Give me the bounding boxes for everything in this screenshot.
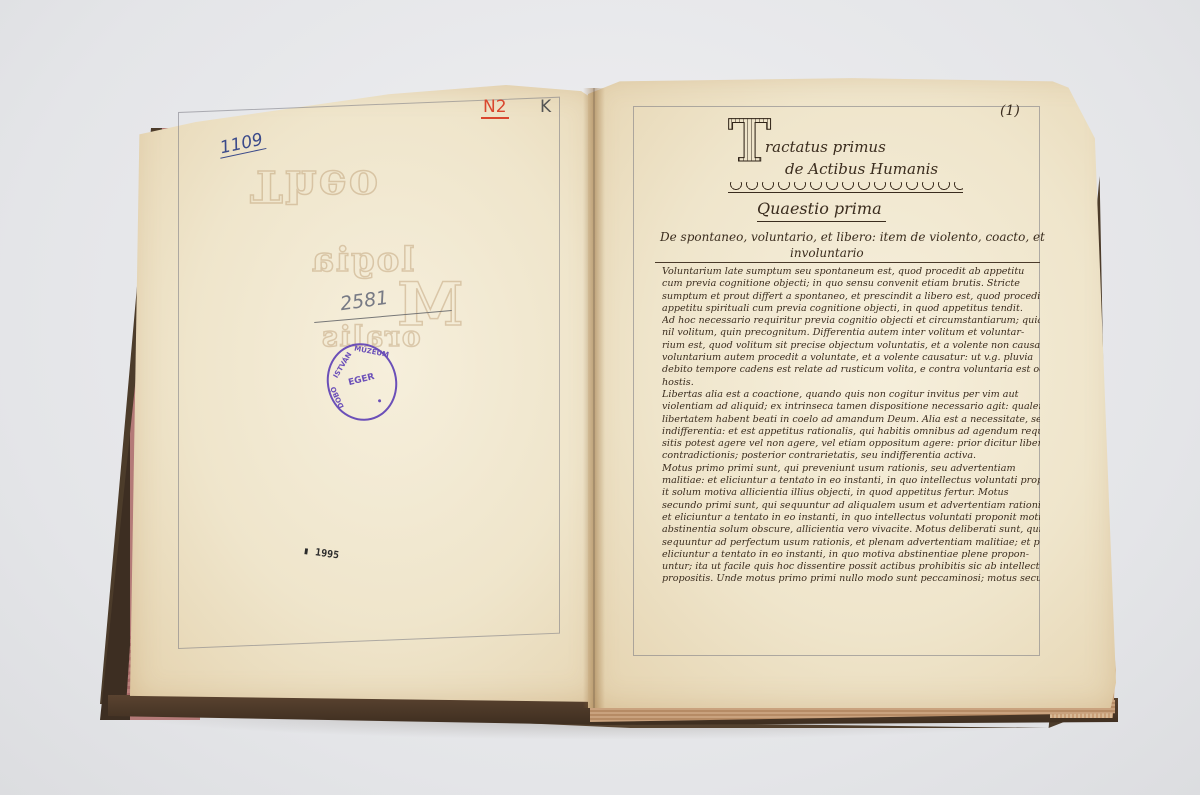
manuscript-photo: Theo logia M oralis 1109 N2 K 2581 DOBÓ …	[0, 0, 1200, 795]
text-line: sitis potest agere vel non agere, vel et…	[662, 438, 1040, 450]
text-line: untur; ita ut facile quis hoc dissentire…	[662, 561, 1040, 573]
section-heading-cont: involuntario	[790, 246, 864, 260]
text-line: contradictionis; posterior contrarietati…	[662, 450, 1040, 462]
show-through-text: Theo	[250, 160, 380, 211]
text-line: secundo primi sunt, qui sequuntur ad ali…	[662, 500, 1040, 512]
text-line: libertatem habent beati in coelo ad aman…	[662, 414, 1040, 426]
manuscript-body: Voluntarium late sumptum seu spontaneum …	[662, 266, 1040, 586]
text-line: it solum motiva allicientia illius objec…	[662, 487, 1040, 499]
book-gutter	[583, 88, 605, 708]
subtitle: Quaestio prima	[757, 199, 886, 222]
text-line: Libertas alia est a coactione, quando qu…	[662, 389, 1040, 401]
text-line: sumptum et prout differt a spontaneo, et…	[662, 291, 1040, 303]
decorative-wave-divider	[728, 182, 963, 193]
red-annotation: N2	[481, 97, 509, 119]
text-line: voluntarium autem procedit a voluntate, …	[662, 352, 1040, 364]
text-line: Ad hoc necessario requiritur previa cogn…	[662, 315, 1040, 327]
text-line: violentiam ad aliquid; ex intrinseca tam…	[662, 401, 1040, 413]
text-line: abstinentia solum obscure, allicientia v…	[662, 524, 1040, 536]
section-heading: De spontaneo, voluntario, et libero: ite…	[660, 230, 1045, 244]
text-line: debito tempore cadens est relate ad rust…	[662, 364, 1040, 376]
text-line: nil volitum, quin precognitum. Different…	[662, 327, 1040, 339]
text-line: et eliciuntur a tentato in eo instanti, …	[662, 512, 1040, 524]
text-line: Motus primo primi sunt, qui preveniunt u…	[662, 463, 1040, 475]
pencil-letter: K	[540, 97, 551, 117]
text-line: indifferentia: et est appetitus rational…	[662, 426, 1040, 438]
title-line-2: de Actibus Humanis	[785, 160, 938, 178]
text-line: eliciuntur a tentato in eo instanti, in …	[662, 549, 1040, 561]
text-line: malitiae: et eliciuntur a tentato in eo …	[662, 475, 1040, 487]
text-line: propositis. Unde motus primo primi nullo…	[662, 573, 1040, 585]
text-line: rium est, quod volitum sit precise objec…	[662, 340, 1040, 352]
title-line-1: ractatus primus	[765, 138, 886, 156]
text-line: cum previa cognitione objecti; in quo se…	[662, 278, 1040, 290]
text-line: appetitu spirituali cum previa cognition…	[662, 303, 1040, 315]
text-line: Voluntarium late sumptum seu spontaneum …	[662, 266, 1040, 278]
text-line: hostis.	[662, 377, 1040, 389]
text-line: sequuntur ad perfectum usum rationis, et…	[662, 537, 1040, 549]
folio-number: (1)	[1000, 103, 1020, 119]
heading-rule	[655, 262, 1040, 263]
